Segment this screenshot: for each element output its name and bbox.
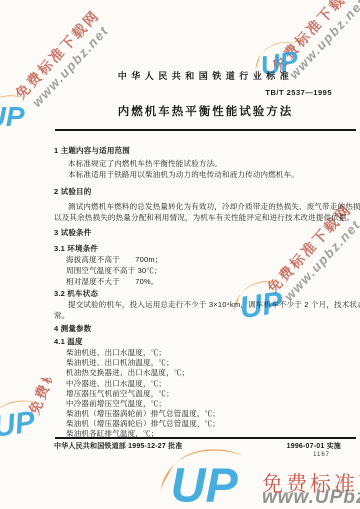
section-3-2-paragraph-line-1: 提交试验的机车，投入运用总走行不少于 3×10⁴km，调车机车不少于 2 个月，… (68, 300, 360, 309)
temperature-item: 柴油机（增压器涡轮后）排气总管温度，℃； (66, 419, 220, 428)
header-rule (55, 129, 356, 131)
document-title: 内燃机车热平衡性能试验方法 (55, 103, 356, 119)
section-1-paragraph-2: 本标准适用于铁路用以柴油机为动力的电传动和液力传动内燃机车。 (68, 170, 299, 179)
temperature-item: 中冷器前增压空气温度，℃； (66, 399, 166, 408)
section-3-1-heading: 3.1 环境条件 (54, 244, 98, 253)
page-number: 1167 (313, 452, 330, 458)
temperature-item: 柴油机（增压器涡轮前）排气总管温度，℃； (66, 409, 220, 418)
section-4-1-heading: 4.1 温度 (54, 337, 83, 346)
temperature-item: 增压器压气机前空气温度，℃； (66, 389, 174, 398)
section-3-2-heading: 3.2 机车状态 (54, 289, 98, 298)
condition-item: 相对湿度不大于 70%。 (66, 277, 159, 286)
section-1-heading: 1 主题内容与适用范围 (54, 146, 130, 155)
section-3-2-paragraph-line-2: 常。 (54, 311, 69, 320)
section-3-heading: 3 试验条件 (54, 228, 91, 237)
condition-item: 周围空气温度不高于 30℃； (66, 266, 162, 275)
section-2-paragraph-line-2: 以及其余热损失的热量分配和利用情况，为机车有关性能评定和进行技术改进提供依据。 (54, 213, 354, 222)
footer-rule (55, 437, 356, 439)
temperature-item: 中冷器进、出口水温度，℃； (66, 379, 166, 388)
implementation-note: 1996-07-01 实施 (287, 441, 341, 451)
section-4-heading: 4 测量参数 (54, 324, 91, 333)
section-1-paragraph-1: 本标准规定了内燃机车热平衡性能试验方法。 (68, 159, 222, 168)
scanned-standard-page: 免费标准下载网 www.upbz.net 免费标准下载网 www.upbz.ne… (0, 0, 360, 509)
standard-class-heading: 中华人民共和国铁道行业标准 (55, 69, 356, 82)
standard-number: TB/T 2537—1995 (265, 88, 332, 97)
temperature-item: 柴油机进、出口机油温度，℃； (66, 358, 174, 367)
condition-item: 海拔高度不高于 700m； (66, 255, 163, 264)
approval-note: 中华人民共和国铁道部 1995-12-27 批准 (54, 441, 183, 451)
section-2-heading: 2 试验目的 (54, 187, 91, 196)
document-content: 中华人民共和国铁道行业标准 TB/T 2537—1995 内燃机车热平衡性能试验… (0, 0, 360, 509)
temperature-item: 机油热交换器进、出口水温度，℃； (66, 368, 189, 377)
section-2-paragraph-line-1: 测试内燃机车燃料的总发热量转化为有效功，冷却介质带走的热损失、废气带走的热损失 (68, 202, 360, 211)
temperature-item: 柴油机进、出口水温度，℃； (66, 348, 166, 357)
